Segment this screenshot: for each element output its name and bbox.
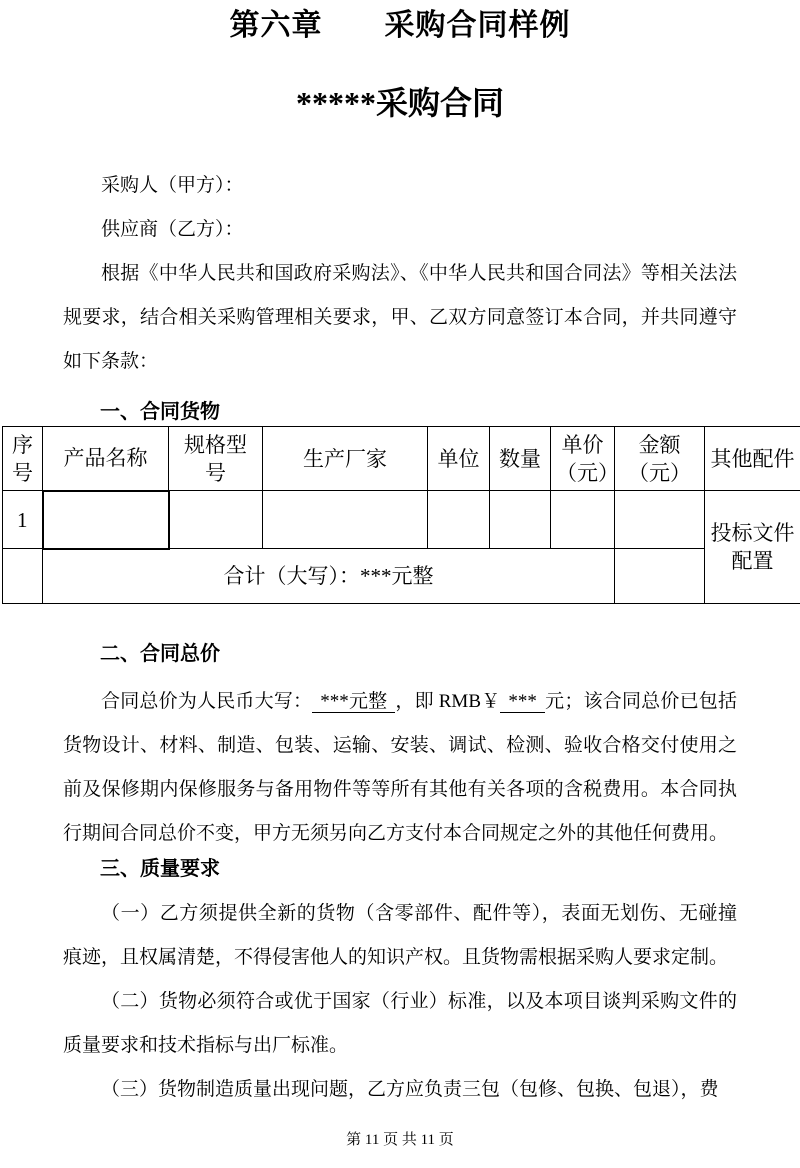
row1-unit-cell (428, 491, 490, 549)
total-row-label-cell: 合计（大写）：***元整 (43, 549, 615, 604)
total-price-paragraph: 合同总价为人民币大写：***元整，即 RMB￥***元；该合同总价已包括货物设计… (63, 680, 737, 856)
chapter-title: 第六章 采购合同样例 (63, 0, 737, 45)
col-header-unit: 单位 (428, 427, 490, 491)
goods-table-row: 1 投标文件配置 (3, 491, 800, 549)
col-header-amount: 金额（元） (615, 427, 705, 491)
col-header-quantity: 数量 (490, 427, 551, 491)
party-a-line: 采购人（甲方）： (63, 164, 737, 208)
total-price-run-3: 元；该合同总价已包括货物设计、材料、制造、包装、运输、安装、调试、检测、验收合格… (63, 691, 737, 844)
goods-table: 序号 产品名称 规格型号 生产厂家 单位 数量 单价（元） 金额（元） 其他配件… (2, 426, 800, 604)
row1-amount-cell (615, 491, 705, 549)
goods-table-total-row: 合计（大写）：***元整 (3, 549, 800, 604)
col-header-unit-price: 单价（元） (551, 427, 615, 491)
row1-seq-cell: 1 (3, 491, 43, 549)
section-quality-heading: 三、质量要求 (63, 856, 737, 882)
total-price-amount-figures-blank: *** (500, 691, 545, 713)
col-header-seq: 序号 (3, 427, 43, 491)
intro-block: 采购人（甲方）： 供应商（乙方）： 根据《中华人民共和国政府采购法》、《中华人民… (63, 164, 737, 384)
quality-block: （一）乙方须提供全新的货物（含零部件、配件等），表面无划伤、无碰撞痕迹，且权属清… (63, 892, 737, 1112)
row1-spec-cell (169, 491, 263, 549)
quality-item-1: （一）乙方须提供全新的货物（含零部件、配件等），表面无划伤、无碰撞痕迹，且权属清… (63, 892, 737, 980)
section-goods-heading: 一、合同货物 (63, 399, 737, 425)
row1-product-name-cell (43, 491, 169, 549)
col-header-product-name: 产品名称 (43, 427, 169, 491)
quality-item-3: （三）货物制造质量出现问题，乙方应负责三包（包修、包换、包退），费 (63, 1068, 737, 1112)
goods-table-header-row: 序号 产品名称 规格型号 生产厂家 单位 数量 单价（元） 金额（元） 其他配件 (3, 427, 800, 491)
row1-other-parts-cell: 投标文件配置 (705, 491, 800, 604)
total-row-amount-cell (615, 549, 705, 604)
party-b-line: 供应商（乙方）： (63, 208, 737, 252)
total-price-amount-words-blank: ***元整 (312, 691, 395, 713)
total-price-run-2: ，即 RMB￥ (395, 691, 500, 712)
contract-title: *****采购合同 (63, 82, 737, 124)
total-row-seq-cell (3, 549, 43, 604)
col-header-spec: 规格型号 (169, 427, 263, 491)
total-price-run-1: 合同总价为人民币大写： (101, 691, 312, 712)
section-total-price-heading: 二、合同总价 (63, 641, 737, 667)
quality-item-2: （二）货物必须符合或优于国家（行业）标准，以及本项目谈判采购文件的质量要求和技术… (63, 980, 737, 1068)
row1-unit-price-cell (551, 491, 615, 549)
col-header-manufacturer: 生产厂家 (263, 427, 428, 491)
page-number-footer: 第 11 页 共 11 页 (0, 1130, 800, 1150)
col-header-other-parts: 其他配件 (705, 427, 800, 491)
row1-manufacturer-cell (263, 491, 428, 549)
preamble-paragraph: 根据《中华人民共和国政府采购法》、《中华人民共和国合同法》等相关法法规要求，结合… (63, 252, 737, 384)
row1-quantity-cell (490, 491, 551, 549)
document-page: 第六章 采购合同样例 *****采购合同 采购人（甲方）： 供应商（乙方）： 根… (0, 0, 800, 1168)
